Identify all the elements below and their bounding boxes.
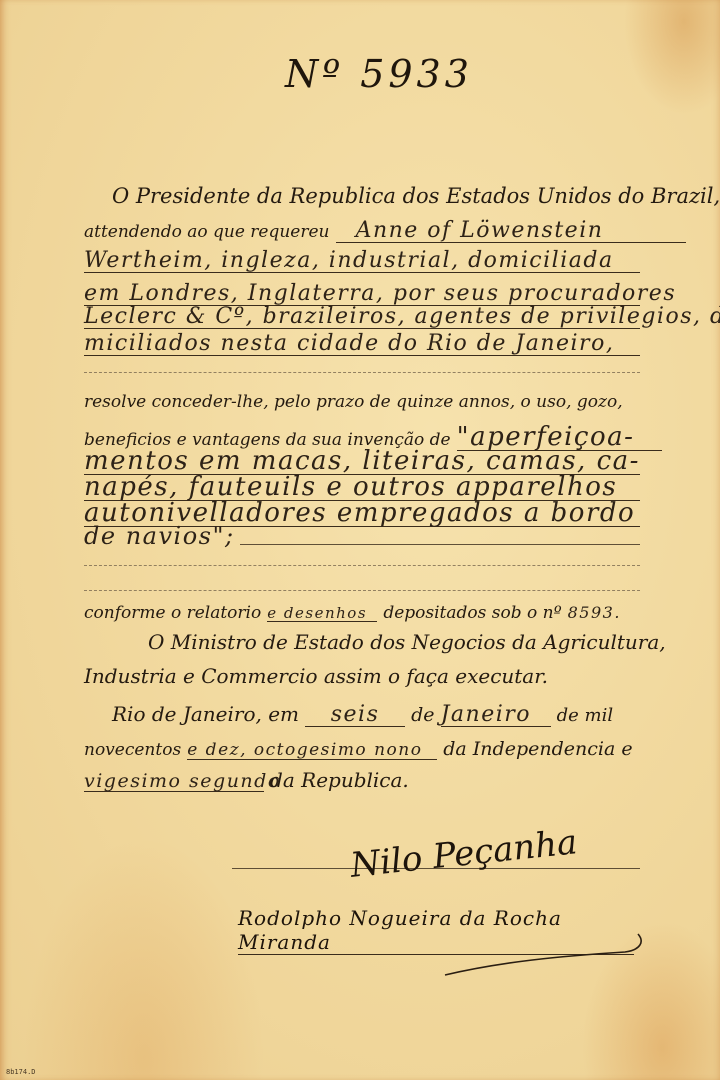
ministry-line-2: Industria e Commercio assim o faça execu… — [84, 666, 640, 686]
date-republic-year: vigesimo segundo — [84, 772, 264, 792]
blank-rule — [84, 565, 640, 566]
deposit-number: 8593. — [568, 603, 621, 622]
date-place: Rio de Janeiro, em — [112, 702, 299, 726]
president-signature: Nilo Peçanha — [349, 822, 580, 886]
date-novecentos: novecentos — [84, 740, 181, 760]
date-line-2: novecentos e dez, octogesimo nono da Ind… — [84, 740, 640, 760]
date-de: de — [411, 704, 434, 726]
archive-tag: 8b174.D — [6, 1068, 36, 1076]
blank-rule — [84, 590, 640, 591]
patent-document-page: Nº 5933 O Presidente da Republica dos Es… — [0, 0, 720, 1080]
invention-end-rule — [240, 544, 640, 545]
applicant-line-5: Leclerc & Cº, brazileiros, agentes de pr… — [84, 306, 640, 329]
date-de-mil: de mil — [557, 705, 613, 726]
date-republic: da Republica. — [270, 768, 409, 792]
applicant-line-6: miciliados nesta cidade do Rio de Janeir… — [84, 333, 640, 356]
applicant-line-4-text: em Londres, Inglaterra, por seus procura… — [84, 283, 640, 306]
document-number: Nº 5933 — [285, 52, 473, 96]
applicant-line-3-text: Wertheim, ingleza, industrial, domicilia… — [84, 250, 640, 273]
invention-line-3: mentos em macas, liteiras, camas, ca- — [84, 448, 640, 475]
signature-flourish-icon — [440, 930, 650, 980]
applicant-line-4: em Londres, Inglaterra, por seus procura… — [84, 283, 640, 306]
preamble-printed-text: attendendo ao que requereu — [84, 222, 330, 242]
deposit-line: conforme o relatorio e desenhos deposita… — [84, 603, 640, 622]
date-year: e dez, octogesimo nono — [187, 742, 437, 760]
applicant-line-5-text: Leclerc & Cº, brazileiros, agentes de pr… — [84, 306, 640, 329]
date-day: seis — [305, 704, 405, 727]
invention-line-6-text: de navios"; — [84, 522, 235, 550]
invention-line-4: napés, fauteuils e outros apparelhos — [84, 474, 640, 501]
applicant-name-part-1: Anne of Löwenstein — [336, 220, 686, 243]
invention-line-3-text: mentos em macas, liteiras, camas, ca- — [84, 448, 640, 475]
date-line-3: vigesimo segundo da Republica. — [84, 770, 640, 792]
date-independence: da Independencia e — [443, 738, 632, 760]
invention-line-4-text: napés, fauteuils e outros apparelhos — [84, 474, 640, 501]
applicant-line-6-text: miciliados nesta cidade do Rio de Janeir… — [84, 333, 640, 356]
deposit-printed-a: conforme o relatorio — [84, 603, 261, 623]
date-month: Janeiro — [441, 704, 551, 727]
blank-rule — [84, 372, 640, 373]
deposit-filled-text: e desenhos — [267, 606, 377, 622]
applicant-line-3: Wertheim, ingleza, industrial, domicilia… — [84, 250, 640, 273]
preamble-line-2: attendendo ao que requereu Anne of Löwen… — [84, 220, 640, 243]
deposit-printed-b: depositados sob o nº — [383, 603, 561, 623]
preamble-line-1: O Presidente da Republica dos Estados Un… — [112, 186, 668, 207]
ministry-line-1: O Ministro de Estado dos Negocios da Agr… — [148, 632, 704, 652]
date-line-1: Rio de Janeiro, em seis de Janeiro de mi… — [112, 704, 668, 727]
grant-line-1: resolve conceder-lhe, pelo prazo de quin… — [84, 394, 640, 411]
